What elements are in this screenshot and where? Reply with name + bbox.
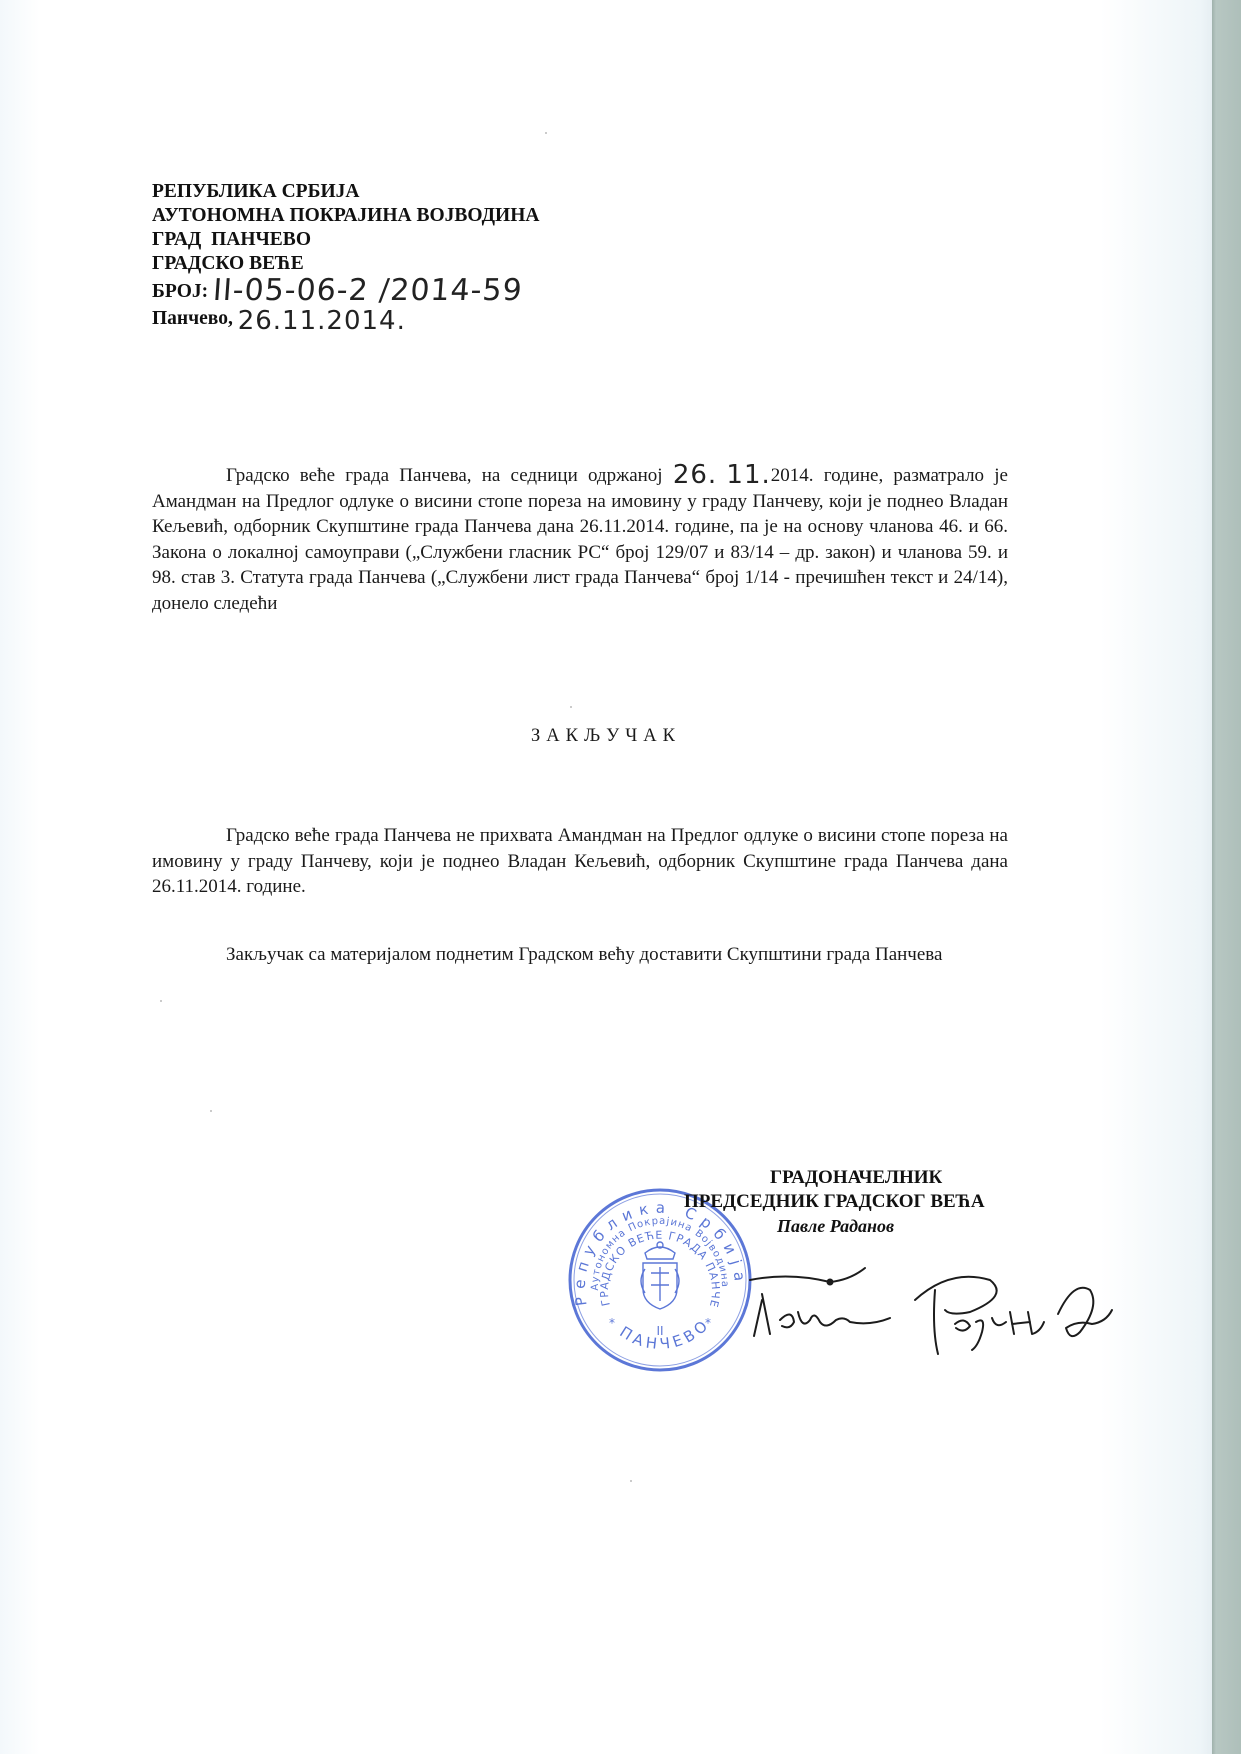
scan-border bbox=[1212, 0, 1241, 1754]
header-place-row: Панчево, 26.11.2014. bbox=[152, 304, 539, 331]
scan-speck bbox=[630, 1480, 632, 1482]
scan-speck bbox=[545, 132, 547, 134]
svg-text:*: * bbox=[609, 1316, 615, 1330]
scan-speck bbox=[570, 706, 572, 708]
svg-text:II: II bbox=[656, 1324, 663, 1338]
conclusion-paragraph: Градско веће града Панчева не прихвата А… bbox=[152, 823, 1008, 900]
date-handwritten: 26.11.2014. bbox=[238, 309, 406, 333]
header-number-row: БРОЈ: II-05-06-2 /2014-59 bbox=[152, 276, 539, 304]
intro-part1: Градско веће града Панчева, на седници о… bbox=[226, 465, 673, 486]
handwritten-signature-icon bbox=[740, 1250, 1130, 1360]
document-header: РЕПУБЛИКА СРБИЈА АУТОНОМНА ПОКРАЈИНА ВОЈ… bbox=[152, 180, 539, 331]
svg-text:*: * bbox=[705, 1316, 711, 1330]
document-page: РЕПУБЛИКА СРБИЈА АУТОНОМНА ПОКРАЈИНА ВОЈ… bbox=[0, 0, 1212, 1754]
svg-text:ПАНЧЕВО: ПАНЧЕВО bbox=[617, 1315, 714, 1354]
header-province: АУТОНОМНА ПОКРАЈИНА ВОЈВОДИНА bbox=[152, 204, 539, 228]
document-title: ЗАКЉУЧАК bbox=[0, 726, 1212, 747]
scan-speck bbox=[160, 1000, 162, 1002]
number-value-handwritten: II-05-06-2 /2014-59 bbox=[212, 279, 523, 303]
delivery-text: Закључак са материјалом поднетим Градско… bbox=[226, 944, 942, 965]
signature-block: ГРАДОНАЧЕЛНИК ПРЕДСЕДНИК ГРАДСКОГ ВЕЋА П… bbox=[700, 1166, 1100, 1238]
conclusion-text: Градско веће града Панчева не прихвата А… bbox=[152, 825, 1008, 897]
number-label: БРОЈ: bbox=[152, 281, 208, 302]
intro-part2: 2014. године, разматрало је Амандман на … bbox=[152, 465, 1008, 614]
signatory-name: Павле Раданов bbox=[700, 1214, 1100, 1238]
intro-handwritten-date: 26. 11. bbox=[673, 463, 771, 489]
signatory-title-mayor: ГРАДОНАЧЕЛНИК bbox=[700, 1166, 1100, 1190]
intro-paragraph: Градско веће града Панчева, на седници о… bbox=[152, 461, 1008, 617]
header-country: РЕПУБЛИКА СРБИЈА bbox=[152, 180, 539, 204]
place-label: Панчево, bbox=[152, 308, 233, 329]
header-city: ГРАД ПАНЧЕВО bbox=[152, 228, 539, 252]
scan-speck bbox=[210, 1110, 212, 1112]
delivery-paragraph: Закључак са материјалом поднетим Градско… bbox=[152, 942, 1008, 968]
signatory-title-president: ПРЕДСЕДНИК ГРАДСКОГ ВЕЋА bbox=[684, 1190, 1100, 1214]
